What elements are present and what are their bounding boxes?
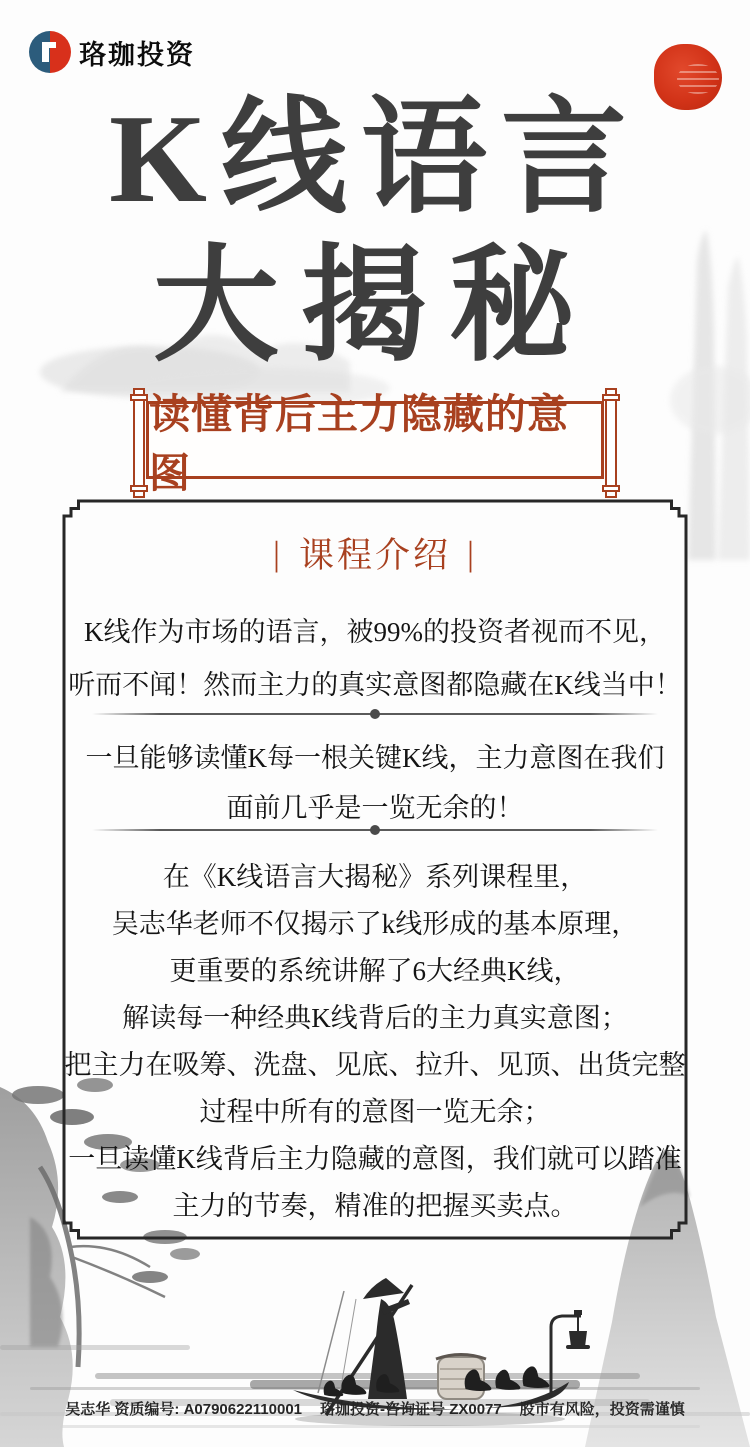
scroll-rod-cap-icon bbox=[130, 394, 148, 401]
paragraph-line: 在《K线语言大揭秘》系列课程里， bbox=[34, 854, 716, 901]
brand-header: 珞珈投资 bbox=[28, 30, 195, 74]
scroll-rod-right-icon bbox=[605, 388, 617, 498]
scroll-banner-text: 读懂背后主力隐藏的意图 bbox=[149, 381, 601, 499]
section-divider bbox=[92, 824, 658, 835]
poster-title: K线语言 大揭秘 bbox=[0, 86, 750, 382]
cormorant-icon bbox=[376, 1374, 399, 1393]
course-heading-text: 课程介绍 bbox=[299, 536, 451, 575]
section-divider bbox=[92, 708, 658, 719]
scroll-rod-cap-icon bbox=[602, 485, 620, 492]
scroll-rod-cap-icon bbox=[602, 394, 620, 401]
paragraph-line: 一旦读懂K线背后主力隐藏的意图，我们就可以踏准 bbox=[34, 1136, 716, 1183]
cormorant-icon bbox=[495, 1370, 520, 1390]
scroll-rod-cap-icon bbox=[130, 485, 148, 492]
lantern-icon bbox=[551, 1310, 590, 1397]
scroll-banner-body: 读懂背后主力隐藏的意图 bbox=[146, 401, 604, 479]
fisherman bbox=[318, 1278, 412, 1415]
cormorant-icon bbox=[523, 1366, 550, 1388]
heading-pipe-right: | bbox=[467, 534, 477, 573]
paragraph-line: 吴志华老师不仅揭示了k线形成的基本原理， bbox=[34, 901, 716, 948]
poster: 珞珈投资 K线语言 大揭秘 读懂背后主力隐藏的意图 |课程介绍| K线作为市场的… bbox=[0, 0, 750, 1447]
paragraph-line: 把主力在吸筹、洗盘、见底、拉升、见顶、出货完整 bbox=[34, 1042, 716, 1089]
paragraph-line: 一旦能够读懂K每一根关键K线，主力意图在我们 bbox=[34, 733, 716, 783]
course-paragraph-1: K线作为市场的语言，被99%的投资者视而不见， 听而不闻！然而主力的真实意图都隐… bbox=[34, 606, 716, 712]
scroll-rod-left-icon bbox=[133, 388, 145, 498]
conical-hat-icon bbox=[363, 1278, 404, 1299]
footer-disclaimer: 吴志华 资质编号: A0790622110001珞珈投资-咨询证号 ZX0077… bbox=[0, 1398, 750, 1419]
brand-name: 珞珈投资 bbox=[79, 33, 195, 72]
paragraph-line: 听而不闻！然而主力的真实意图都隐藏在K线当中！ bbox=[34, 659, 716, 712]
footer-license: 珞珈投资-咨询证号 ZX0077 bbox=[320, 1401, 502, 1418]
heading-pipe-left: | bbox=[273, 534, 283, 573]
divider-dot-icon bbox=[370, 825, 380, 835]
footer-risk: 股市有风险，投资需谨慎 bbox=[520, 1401, 685, 1418]
paragraph-line: 解读每一种经典K线背后的主力真实意图； bbox=[34, 995, 716, 1042]
title-line-1: K线语言 bbox=[0, 86, 750, 234]
course-paragraph-3: 在《K线语言大揭秘》系列课程里， 吴志华老师不仅揭示了k线形成的基本原理， 更重… bbox=[34, 854, 716, 1230]
title-line-2: 大揭秘 bbox=[0, 234, 750, 382]
divider-dot-icon bbox=[370, 709, 380, 719]
paragraph-line: 主力的节奏，精准的把握买卖点。 bbox=[34, 1183, 716, 1230]
cormorant-icon bbox=[324, 1381, 344, 1397]
cormorant-icon bbox=[465, 1369, 492, 1391]
course-paragraph-2: 一旦能够读懂K每一根关键K线，主力意图在我们 面前几乎是一览无余的！ bbox=[34, 733, 716, 833]
paragraph-line: K线作为市场的语言，被99%的投资者视而不见， bbox=[34, 606, 716, 659]
paragraph-line: 更重要的系统讲解了6大经典K线， bbox=[34, 948, 716, 995]
brand-logo-icon bbox=[28, 30, 72, 74]
cargo-basket bbox=[436, 1355, 486, 1400]
boat-pole bbox=[326, 1285, 412, 1415]
cormorant-icon bbox=[341, 1375, 366, 1395]
footer-credential: 吴志华 资质编号: A0790622110001 bbox=[65, 1401, 302, 1418]
course-heading: |课程介绍| bbox=[64, 528, 686, 578]
paragraph-line: 过程中所有的意图一览无余； bbox=[34, 1089, 716, 1136]
